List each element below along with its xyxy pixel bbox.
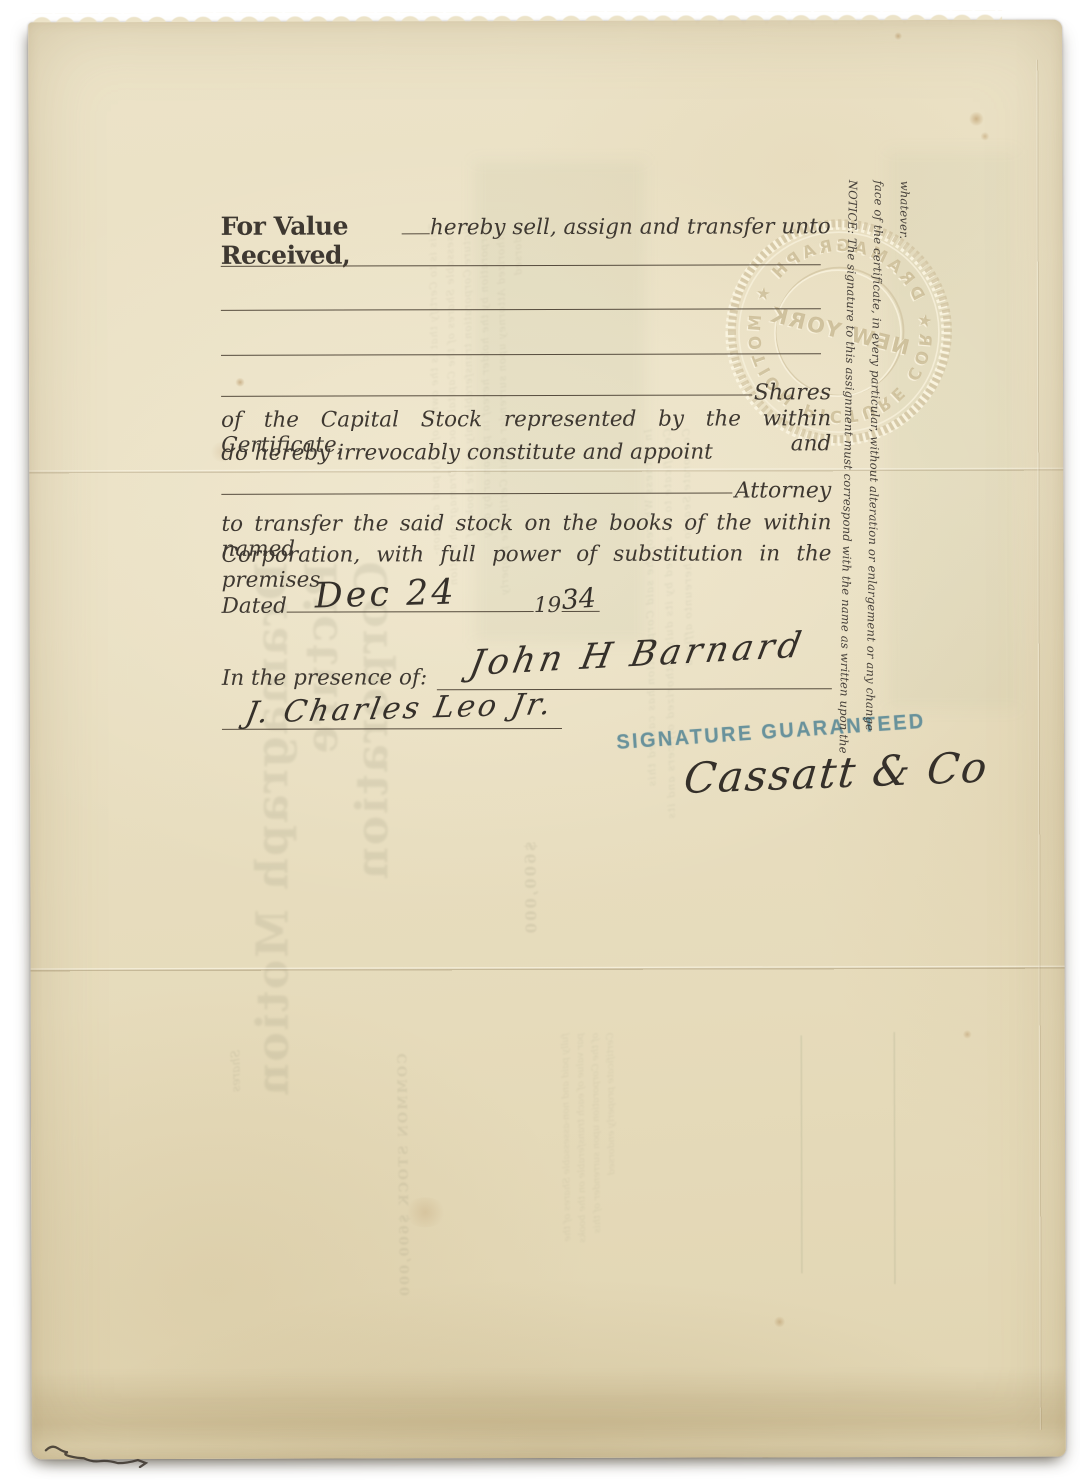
dated-row: Dated Dec 24 19 34 — [222, 592, 832, 619]
opening-line: For Value Received,hereby sell, assign a… — [221, 210, 831, 270]
handwritten-date: Dec 24 — [314, 572, 457, 616]
foxing-spot — [963, 1030, 972, 1039]
ink-scribble — [42, 1438, 152, 1468]
foxing-spot — [980, 132, 989, 141]
handwritten-year: 34 — [560, 583, 597, 616]
shares-label: Shares — [752, 380, 831, 405]
year-prefix: 19 — [534, 593, 561, 618]
year-blank-line: 34 — [561, 611, 599, 612]
scanned-document-page: Dramagraph Motion Picture Corporation Th… — [0, 0, 1080, 1481]
date-blank-line: Dec 24 — [287, 611, 534, 613]
opening-italic-text: hereby sell, assign and transfer unto — [430, 214, 831, 240]
for-value-received-label: For Value Received, — [221, 211, 402, 269]
foxing-spot — [894, 32, 902, 40]
shares-line: Shares — [221, 380, 831, 407]
vertical-crease — [1036, 60, 1043, 1430]
certificate-back-paper: Dramagraph Motion Picture Corporation Th… — [28, 20, 1066, 1460]
holder-signature: John H Barnard — [466, 625, 808, 684]
attorney-label: Attorney — [733, 478, 832, 503]
attorney-blank-line — [221, 493, 732, 495]
attorney-line: Attorney — [221, 478, 831, 505]
transferee-blank-line-2 — [221, 308, 821, 311]
notice-vertical-text: NOTICE: The signature to this assignment… — [831, 180, 897, 755]
capital-stock-line-2: do hereby irrevocably constitute and app… — [221, 439, 831, 466]
transferee-blank-line-3 — [221, 353, 821, 356]
foxing-spot — [968, 112, 984, 126]
transfer-line-2: Corporation, with full power of substitu… — [221, 541, 831, 593]
ghost-rule-2 — [894, 1032, 896, 1284]
shares-blank-line — [221, 394, 752, 396]
presence-label: In the presence of: — [222, 665, 427, 691]
name-blank-short — [401, 233, 430, 234]
dated-label: Dated — [222, 594, 287, 619]
